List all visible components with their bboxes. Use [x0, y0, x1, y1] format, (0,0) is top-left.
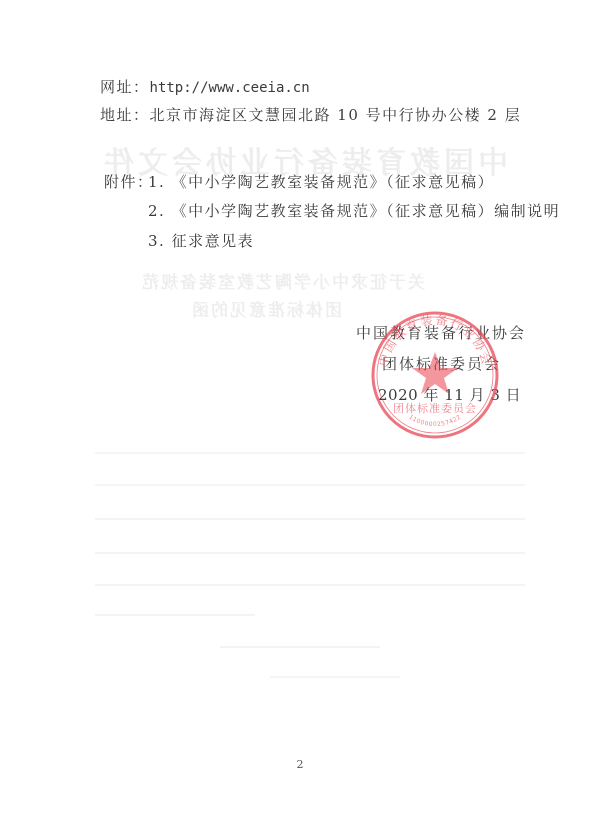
bleed-through-line	[95, 518, 525, 520]
attachment-title: 征求意见表	[172, 232, 255, 250]
website-link[interactable]: http://www.ceeia.cn	[150, 80, 310, 96]
attachment-number: 3.	[148, 232, 165, 250]
address-label: 地址：	[100, 106, 150, 124]
signature-committee: 团体标准委员会	[382, 354, 501, 374]
bleed-through-line	[220, 646, 380, 648]
page-number: 2	[0, 758, 600, 771]
attachment-item-1: 1. 《中小学陶艺教室装备规范》（征求意见稿）	[148, 172, 494, 192]
website-line: 网址：http://www.ceeia.cn	[100, 77, 310, 98]
address-line: 地址：北京市海淀区文慧园北路 10 号中行协办公楼 2 层	[100, 105, 521, 125]
website-label: 网址：	[100, 78, 150, 96]
bleed-through-line	[270, 676, 400, 678]
bleed-through-line	[95, 452, 525, 454]
attachments-label: 附件：	[104, 172, 154, 192]
bleed-through-line	[95, 584, 525, 586]
bleed-through-line	[95, 484, 525, 486]
svg-text:1100000257422: 1100000257422	[407, 414, 462, 429]
attachment-item-3: 3. 征求意见表	[148, 231, 254, 251]
document-page: 中国教育装备行业协会文件 关于征求中小学陶艺教室装备规范 团体标准意见的函 网址…	[0, 0, 600, 825]
attachment-title: 《中小学陶艺教室装备规范》（征求意见稿）	[172, 173, 495, 191]
attachment-number: 1.	[148, 173, 165, 191]
bleed-through-line	[95, 552, 525, 554]
attachment-item-2: 2. 《中小学陶艺教室装备规范》（征求意见稿）编制说明	[148, 201, 560, 221]
signature-date: 2020 年 11 月 3 日	[378, 385, 521, 405]
bleed-through-title-1: 关于征求中小学陶艺教室装备规范	[140, 268, 425, 293]
signature-organization: 中国教育装备行业协会	[356, 323, 526, 343]
attachment-title: 《中小学陶艺教室装备规范》（征求意见稿）编制说明	[172, 202, 561, 220]
bleed-through-line	[95, 614, 255, 616]
attachment-number: 2.	[148, 202, 165, 220]
address-value: 北京市海淀区文慧园北路 10 号中行协办公楼 2 层	[150, 106, 522, 124]
bleed-through-title-2: 团体标准意见的函	[190, 296, 342, 321]
